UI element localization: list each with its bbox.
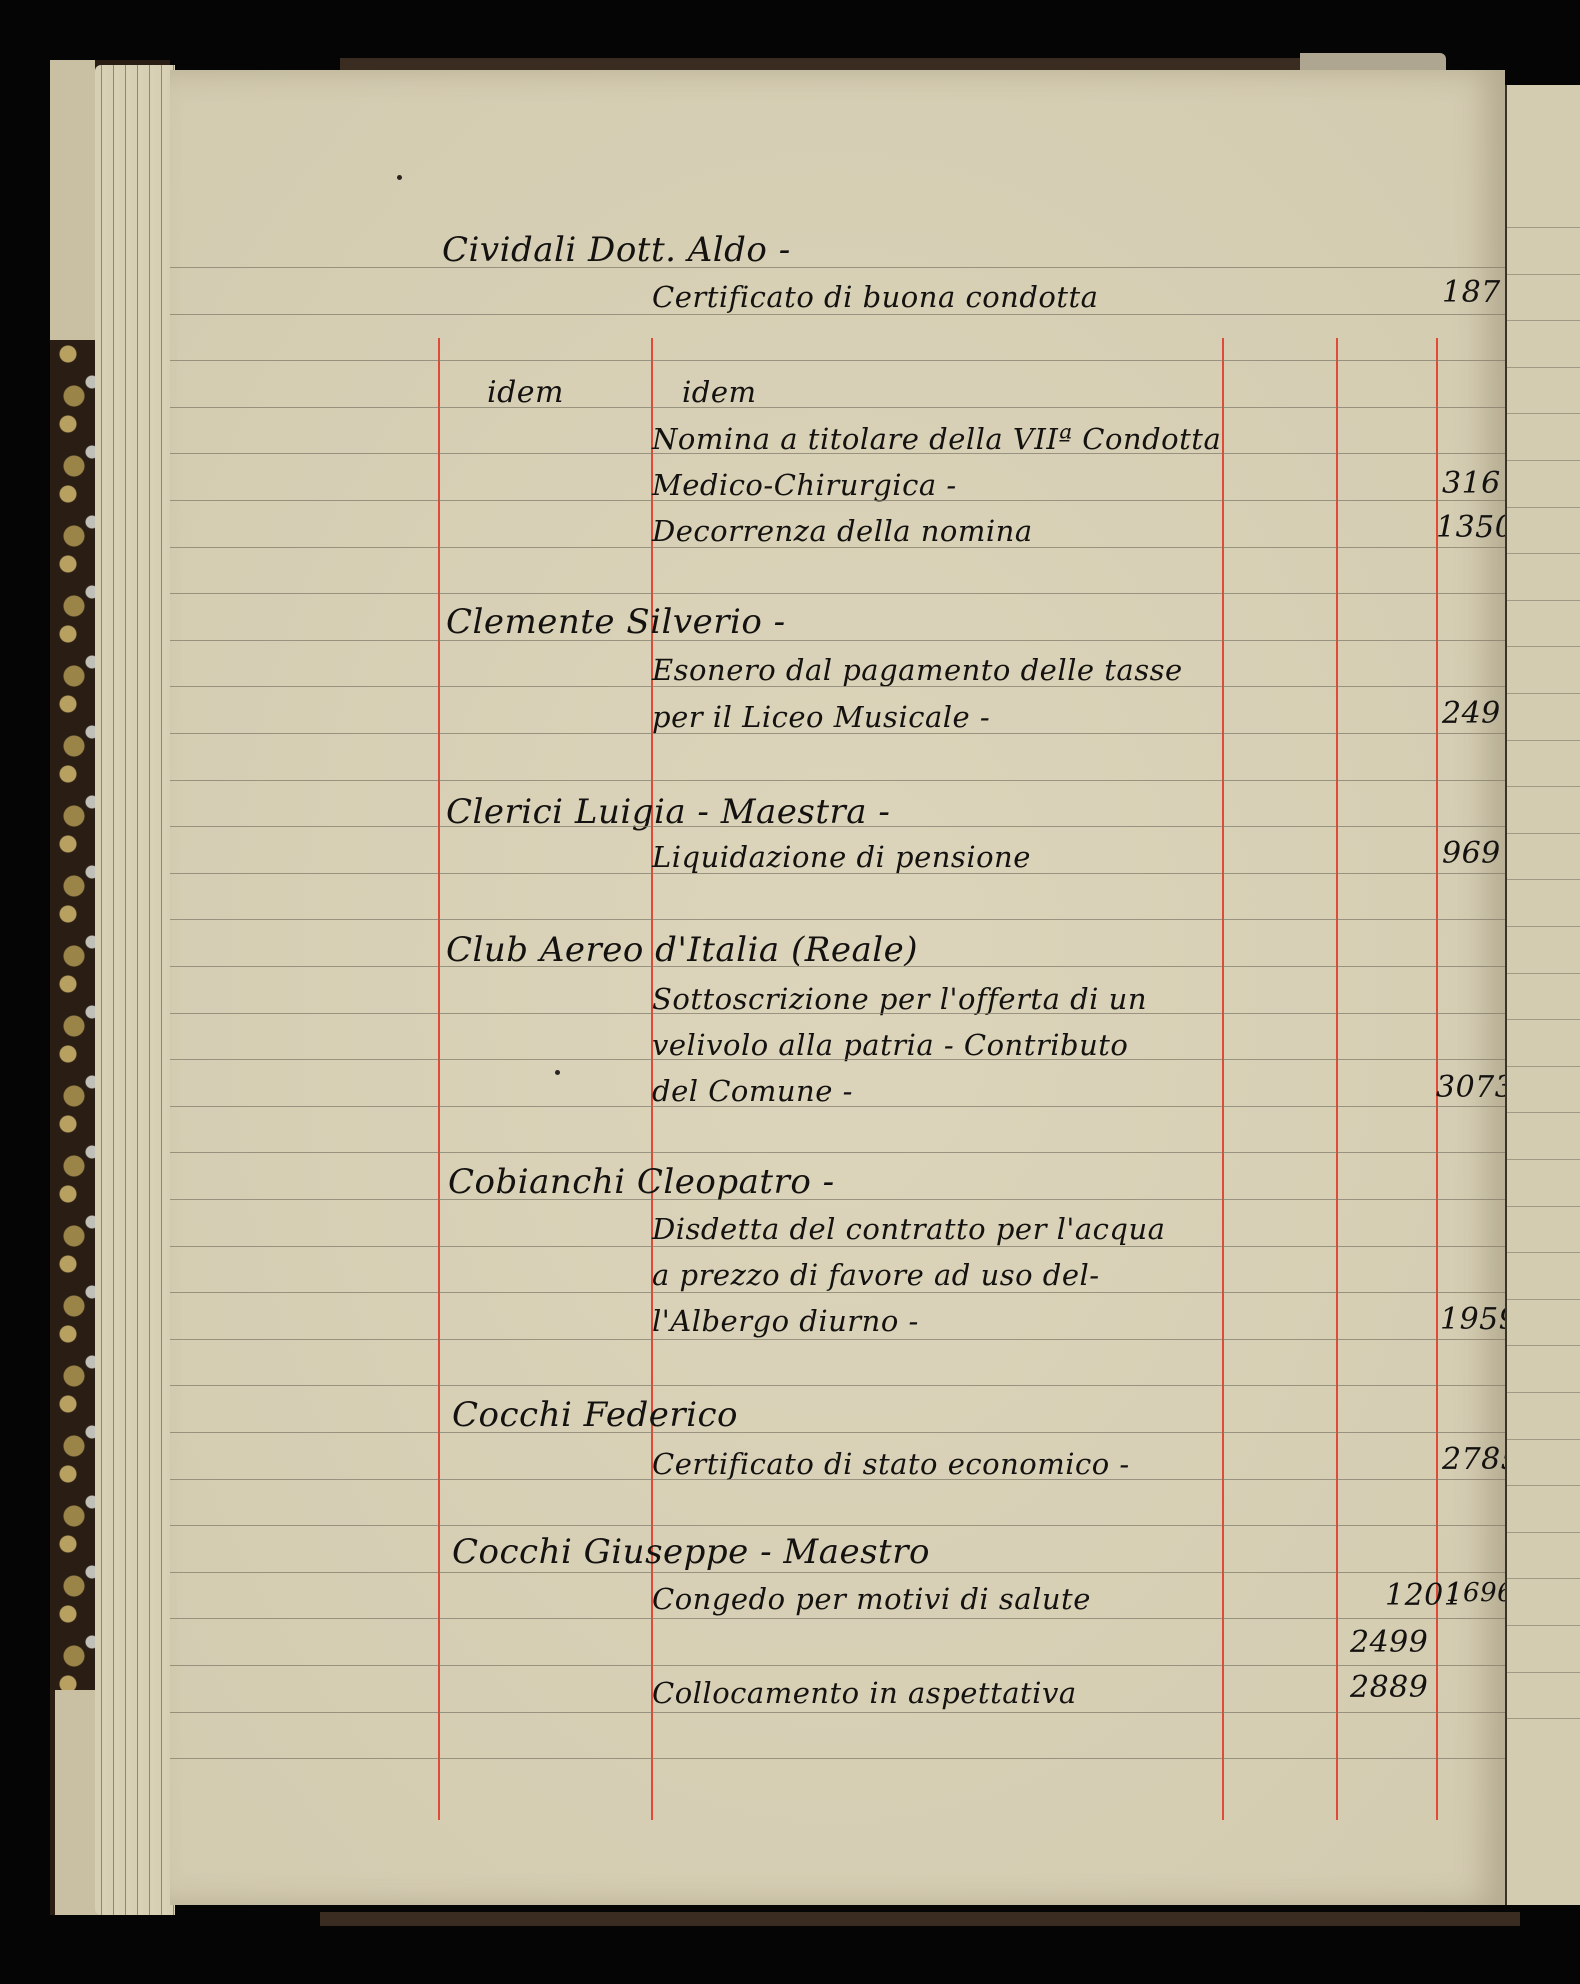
ruled-line (170, 1758, 1505, 1759)
ruled-line (170, 360, 1505, 361)
ruled-line (170, 1712, 1505, 1713)
register-page: Cividali Dott. Aldo - Certificato di buo… (170, 70, 1505, 1905)
entry-name: Club Aereo d'Italia (Reale) (446, 930, 918, 970)
entry-line: velivolo alla patria - Contributo (652, 1028, 1128, 1062)
facing-page-edge (1505, 85, 1580, 1905)
facing-ruled-line (1507, 879, 1580, 880)
ruled-line (170, 593, 1505, 594)
entry-name: Cividali Dott. Aldo - (442, 230, 791, 270)
entry-name: Clemente Silverio - (446, 602, 786, 642)
ruled-line (170, 640, 1505, 641)
cover-corner-bottom (55, 1690, 100, 1915)
ruled-line (170, 733, 1505, 734)
facing-ruled-line (1507, 1066, 1580, 1067)
ruled-line (170, 686, 1505, 687)
cover-bottom-strip (320, 1912, 1520, 1926)
entry-page-number: 249 (1442, 696, 1501, 731)
facing-ruled-line (1507, 1345, 1580, 1346)
ruled-line (170, 1572, 1505, 1573)
facing-ruled-line (1507, 1439, 1580, 1440)
facing-ruled-line (1507, 1718, 1580, 1719)
entry-page-number: 187 (1442, 275, 1501, 310)
ruled-line (170, 500, 1505, 501)
entry-line: del Comune - (652, 1074, 853, 1108)
entry-line: l'Albergo diurno - (652, 1304, 919, 1338)
entry-page-number: 316 (1442, 466, 1501, 501)
facing-ruled-line (1507, 553, 1580, 554)
facing-ruled-line (1507, 460, 1580, 461)
entry-name: idem (487, 375, 564, 410)
facing-ruled-line (1507, 1112, 1580, 1113)
facing-ruled-line (1507, 1532, 1580, 1533)
ruled-line (170, 1199, 1505, 1200)
facing-ruled-line (1507, 1392, 1580, 1393)
facing-ruled-line (1507, 833, 1580, 834)
entry-line: Congedo per motivi di salute (652, 1582, 1091, 1616)
facing-ruled-line (1507, 1159, 1580, 1160)
ruled-line (170, 1246, 1505, 1247)
facing-ruled-line (1507, 1578, 1580, 1579)
ruled-line (170, 547, 1505, 548)
facing-ruled-line (1507, 507, 1580, 508)
entry-line: Nomina a titolare della VIIª Condotta (652, 422, 1221, 456)
entry-line: Esonero dal pagamento delle tasse (652, 653, 1183, 687)
facing-ruled-line (1507, 926, 1580, 927)
facing-ruled-line (1507, 1206, 1580, 1207)
ink-spot (555, 1070, 560, 1075)
entry-protocol-number: 2499 (1350, 1625, 1428, 1660)
facing-ruled-line (1507, 693, 1580, 694)
facing-ruled-line (1507, 1672, 1580, 1673)
entry-line: idem (682, 375, 757, 409)
entry-line: Medico-Chirurgica - (652, 468, 957, 502)
entry-line: Certificato di buona condotta (652, 280, 1098, 314)
ruled-line (170, 1339, 1505, 1340)
facing-ruled-line (1507, 320, 1580, 321)
ruled-line (170, 966, 1505, 967)
red-column-rule-1 (438, 338, 440, 1820)
ruled-line (170, 1292, 1505, 1293)
ruled-line (170, 453, 1505, 454)
entry-line: Decorrenza della nomina (652, 514, 1033, 548)
facing-ruled-line (1507, 1019, 1580, 1020)
facing-ruled-line (1507, 367, 1580, 368)
ruled-line (170, 1665, 1505, 1666)
red-column-rule-4 (1336, 338, 1338, 1820)
ruled-line (170, 780, 1505, 781)
entry-name: Cobianchi Cleopatro - (448, 1162, 835, 1202)
facing-ruled-line (1507, 1299, 1580, 1300)
facing-ruled-line (1507, 1252, 1580, 1253)
facing-ruled-line (1507, 600, 1580, 601)
facing-ruled-line (1507, 786, 1580, 787)
entry-line: per il Liceo Musicale - (652, 700, 990, 734)
ruled-line (170, 1479, 1505, 1480)
ruled-line (170, 1618, 1505, 1619)
facing-ruled-line (1507, 646, 1580, 647)
entry-line: Sottoscrizione per l'offerta di un (652, 982, 1147, 1016)
cover-corner-top (50, 60, 95, 340)
entry-line: Disdetta del contratto per l'acqua (652, 1212, 1165, 1246)
page-stack-edges (95, 65, 175, 1915)
entry-page-number: 1350 (1436, 510, 1514, 545)
facing-ruled-line (1507, 1485, 1580, 1486)
entry-page-number: 1696 (1446, 1578, 1514, 1608)
ruled-line (170, 873, 1505, 874)
ruled-line (170, 1106, 1505, 1107)
facing-ruled-line (1507, 740, 1580, 741)
facing-ruled-line (1507, 413, 1580, 414)
entry-name: Cocchi Federico (452, 1395, 738, 1435)
ruled-line (170, 314, 1505, 315)
entry-line: Collocamento in aspettativa (652, 1676, 1077, 1710)
ruled-line (170, 1432, 1505, 1433)
entry-page-number: 969 (1442, 836, 1501, 871)
entry-page-number: 3073 (1436, 1070, 1514, 1105)
entry-name: Cocchi Giuseppe - Maestro (452, 1532, 930, 1572)
facing-ruled-line (1507, 1625, 1580, 1626)
entry-line: Certificato di stato economico - (652, 1447, 1130, 1481)
ruled-line (170, 407, 1505, 408)
entry-line: Liquidazione di pensione (652, 840, 1031, 874)
ruled-line (170, 1059, 1505, 1060)
facing-ruled-line (1507, 227, 1580, 228)
ruled-line (170, 1525, 1505, 1526)
ruled-line (170, 919, 1505, 920)
ruled-line (170, 1385, 1505, 1386)
ink-spot (397, 175, 402, 180)
ruled-line (170, 1152, 1505, 1153)
entry-line: a prezzo di favore ad uso del- (652, 1258, 1100, 1292)
red-column-rule-3 (1222, 338, 1224, 1820)
ruled-line (170, 1013, 1505, 1014)
ruled-line (170, 267, 1505, 268)
facing-ruled-line (1507, 973, 1580, 974)
ruled-line (170, 826, 1505, 827)
entry-protocol-number: 2889 (1350, 1670, 1428, 1705)
facing-ruled-line (1507, 274, 1580, 275)
